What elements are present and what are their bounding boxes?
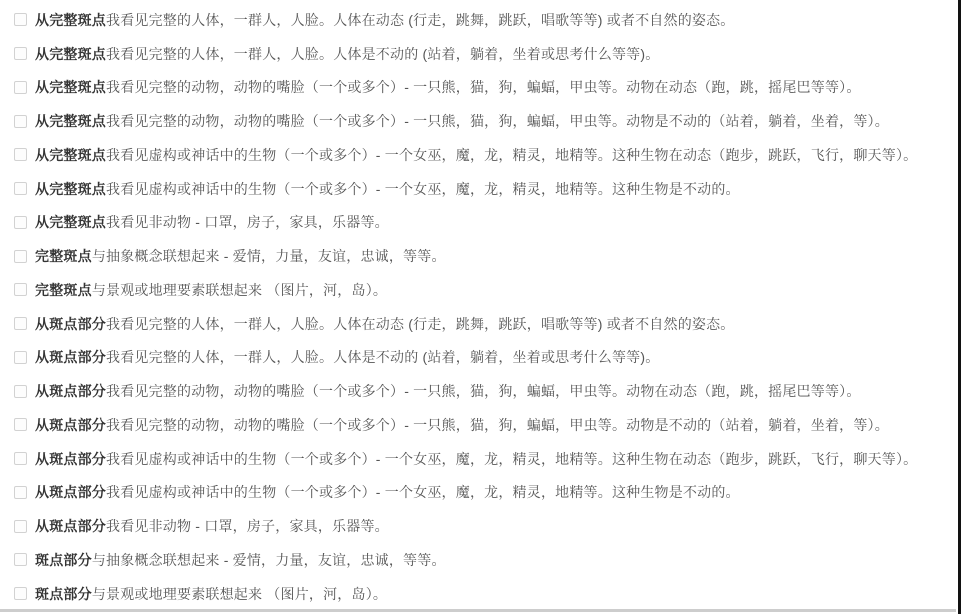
checkbox[interactable] xyxy=(14,385,27,398)
item-text: 与抽象概念联想起来 - 爱情，力量，友谊，忠诚，等等。 xyxy=(92,248,446,264)
item-prefix: 从完整斑点 xyxy=(35,12,106,28)
checkbox[interactable] xyxy=(14,452,27,465)
item-label: 从完整斑点我看见虚构或神话中的生物（一个或多个）- 一个女巫，魔，龙，精灵，地精… xyxy=(35,146,917,164)
item-text: 我看见完整的动物，动物的嘴脸（一个或多个）- 一只熊，猫，狗，蝙蝠，甲虫等。动物… xyxy=(106,113,889,129)
item-prefix: 从完整斑点 xyxy=(35,181,106,197)
checkbox[interactable] xyxy=(14,81,27,94)
item-prefix: 从斑点部分 xyxy=(35,417,106,433)
checkbox[interactable] xyxy=(14,317,27,330)
item-text: 与景观或地理要素联想起来 （图片，河，岛）。 xyxy=(92,282,387,298)
checklist-item: 斑点部分与景观或地理要素联想起来 （图片，河，岛）。 xyxy=(0,577,964,611)
checklist: 从完整斑点我看见完整的人体，一群人，人脸。人体在动态 (行走，跳舞，跳跃，唱歌等… xyxy=(0,0,964,611)
item-prefix: 从斑点部分 xyxy=(35,451,106,467)
item-label: 斑点部分与抽象概念联想起来 - 爱情，力量，友谊，忠诚，等等。 xyxy=(35,551,446,569)
window-bottom-edge-line xyxy=(0,609,956,612)
item-text: 我看见非动物 - 口罩，房子，家具，乐器等。 xyxy=(106,518,389,534)
checkbox[interactable] xyxy=(14,250,27,263)
item-label: 从斑点部分我看见虚构或神话中的生物（一个或多个）- 一个女巫，魔，龙，精灵，地精… xyxy=(35,450,917,468)
item-prefix: 斑点部分 xyxy=(35,552,92,568)
checkbox[interactable] xyxy=(14,115,27,128)
checkbox[interactable] xyxy=(14,47,27,60)
checklist-item: 从斑点部分我看见非动物 - 口罩，房子，家具，乐器等。 xyxy=(0,509,964,543)
item-prefix: 从完整斑点 xyxy=(35,147,106,163)
checklist-item: 从完整斑点我看见完整的动物，动物的嘴脸（一个或多个）- 一只熊，猫，狗，蝙蝠，甲… xyxy=(0,71,964,105)
checkbox[interactable] xyxy=(14,148,27,161)
item-prefix: 从完整斑点 xyxy=(35,113,106,129)
checklist-item: 从斑点部分我看见完整的动物，动物的嘴脸（一个或多个）- 一只熊，猫，狗，蝙蝠，甲… xyxy=(0,374,964,408)
checklist-item: 从斑点部分我看见虚构或神话中的生物（一个或多个）- 一个女巫，魔，龙，精灵，地精… xyxy=(0,476,964,510)
item-text: 与景观或地理要素联想起来 （图片，河，岛）。 xyxy=(92,586,387,602)
item-label: 从斑点部分我看见完整的动物，动物的嘴脸（一个或多个）- 一只熊，猫，狗，蝙蝠，甲… xyxy=(35,416,889,434)
checkbox[interactable] xyxy=(14,486,27,499)
checklist-item: 从斑点部分我看见虚构或神话中的生物（一个或多个）- 一个女巫，魔，龙，精灵，地精… xyxy=(0,442,964,476)
item-prefix: 从斑点部分 xyxy=(35,518,106,534)
item-text: 我看见虚构或神话中的生物（一个或多个）- 一个女巫，魔，龙，精灵，地精等。这种生… xyxy=(106,484,740,500)
checklist-item: 斑点部分与抽象概念联想起来 - 爱情，力量，友谊，忠诚，等等。 xyxy=(0,543,964,577)
item-label: 从斑点部分我看见完整的动物，动物的嘴脸（一个或多个）- 一只熊，猫，狗，蝙蝠，甲… xyxy=(35,382,861,400)
checkbox[interactable] xyxy=(14,553,27,566)
item-text: 我看见完整的人体，一群人，人脸。人体是不动的 (站着，躺着，坐着或思考什么等等)… xyxy=(106,46,659,62)
item-prefix: 从斑点部分 xyxy=(35,484,106,500)
item-text: 我看见完整的人体，一群人，人脸。人体在动态 (行走，跳舞，跳跃，唱歌等等) 或者… xyxy=(106,316,735,332)
item-label: 从完整斑点我看见虚构或神话中的生物（一个或多个）- 一个女巫，魔，龙，精灵，地精… xyxy=(35,180,740,198)
item-prefix: 完整斑点 xyxy=(35,282,92,298)
item-text: 我看见完整的人体，一群人，人脸。人体在动态 (行走，跳舞，跳跃，唱歌等等) 或者… xyxy=(106,12,735,28)
item-label: 斑点部分与景观或地理要素联想起来 （图片，河，岛）。 xyxy=(35,585,387,603)
item-text: 与抽象概念联想起来 - 爱情，力量，友谊，忠诚，等等。 xyxy=(92,552,446,568)
checkbox[interactable] xyxy=(14,418,27,431)
checklist-item: 从完整斑点我看见完整的人体，一群人，人脸。人体是不动的 (站着，躺着，坐着或思考… xyxy=(0,37,964,71)
checklist-item: 从完整斑点我看见虚构或神话中的生物（一个或多个）- 一个女巫，魔，龙，精灵，地精… xyxy=(0,172,964,206)
checklist-item: 完整斑点与抽象概念联想起来 - 爱情，力量，友谊，忠诚，等等。 xyxy=(0,239,964,273)
checklist-item: 从完整斑点我看见完整的动物，动物的嘴脸（一个或多个）- 一只熊，猫，狗，蝙蝠，甲… xyxy=(0,104,964,138)
checklist-item: 完整斑点与景观或地理要素联想起来 （图片，河，岛）。 xyxy=(0,273,964,307)
checklist-item: 从斑点部分我看见完整的人体，一群人，人脸。人体在动态 (行走，跳舞，跳跃，唱歌等… xyxy=(0,307,964,341)
item-prefix: 从完整斑点 xyxy=(35,214,106,230)
checkbox[interactable] xyxy=(14,520,27,533)
item-label: 从完整斑点我看见完整的人体，一群人，人脸。人体是不动的 (站着，躺着，坐着或思考… xyxy=(35,45,659,63)
item-text: 我看见完整的人体，一群人，人脸。人体是不动的 (站着，躺着，坐着或思考什么等等)… xyxy=(106,349,659,365)
item-prefix: 从斑点部分 xyxy=(35,383,106,399)
checklist-item: 从完整斑点我看见完整的人体，一群人，人脸。人体在动态 (行走，跳舞，跳跃，唱歌等… xyxy=(0,3,964,37)
checklist-item: 从斑点部分我看见完整的动物，动物的嘴脸（一个或多个）- 一只熊，猫，狗，蝙蝠，甲… xyxy=(0,408,964,442)
item-prefix: 从完整斑点 xyxy=(35,79,106,95)
item-prefix: 从斑点部分 xyxy=(35,316,106,332)
item-text: 我看见完整的动物，动物的嘴脸（一个或多个）- 一只熊，猫，狗，蝙蝠，甲虫等。动物… xyxy=(106,383,861,399)
window-right-edge-line xyxy=(958,0,961,614)
checkbox[interactable] xyxy=(14,351,27,364)
checkbox[interactable] xyxy=(14,13,27,26)
checkbox[interactable] xyxy=(14,216,27,229)
item-prefix: 从斑点部分 xyxy=(35,349,106,365)
item-label: 从斑点部分我看见完整的人体，一群人，人脸。人体在动态 (行走，跳舞，跳跃，唱歌等… xyxy=(35,315,735,333)
item-text: 我看见完整的动物，动物的嘴脸（一个或多个）- 一只熊，猫，狗，蝙蝠，甲虫等。动物… xyxy=(106,79,861,95)
checklist-item: 从完整斑点我看见虚构或神话中的生物（一个或多个）- 一个女巫，魔，龙，精灵，地精… xyxy=(0,138,964,172)
item-prefix: 从完整斑点 xyxy=(35,46,106,62)
item-label: 从斑点部分我看见虚构或神话中的生物（一个或多个）- 一个女巫，魔，龙，精灵，地精… xyxy=(35,483,740,501)
checkbox[interactable] xyxy=(14,587,27,600)
item-label: 从完整斑点我看见完整的人体，一群人，人脸。人体在动态 (行走，跳舞，跳跃，唱歌等… xyxy=(35,11,735,29)
item-label: 从斑点部分我看见非动物 - 口罩，房子，家具，乐器等。 xyxy=(35,517,389,535)
item-label: 从完整斑点我看见非动物 - 口罩，房子，家具，乐器等。 xyxy=(35,213,389,231)
item-label: 从斑点部分我看见完整的人体，一群人，人脸。人体是不动的 (站着，躺着，坐着或思考… xyxy=(35,348,659,366)
item-text: 我看见完整的动物，动物的嘴脸（一个或多个）- 一只熊，猫，狗，蝙蝠，甲虫等。动物… xyxy=(106,417,889,433)
item-text: 我看见虚构或神话中的生物（一个或多个）- 一个女巫，魔，龙，精灵，地精等。这种生… xyxy=(106,181,740,197)
checkbox[interactable] xyxy=(14,182,27,195)
item-label: 从完整斑点我看见完整的动物，动物的嘴脸（一个或多个）- 一只熊，猫，狗，蝙蝠，甲… xyxy=(35,78,861,96)
item-prefix: 完整斑点 xyxy=(35,248,92,264)
checklist-item: 从斑点部分我看见完整的人体，一群人，人脸。人体是不动的 (站着，躺着，坐着或思考… xyxy=(0,341,964,375)
item-label: 完整斑点与景观或地理要素联想起来 （图片，河，岛）。 xyxy=(35,281,387,299)
checkbox[interactable] xyxy=(14,283,27,296)
item-label: 从完整斑点我看见完整的动物，动物的嘴脸（一个或多个）- 一只熊，猫，狗，蝙蝠，甲… xyxy=(35,112,889,130)
item-text: 我看见非动物 - 口罩，房子，家具，乐器等。 xyxy=(106,214,389,230)
checklist-item: 从完整斑点我看见非动物 - 口罩，房子，家具，乐器等。 xyxy=(0,206,964,240)
item-text: 我看见虚构或神话中的生物（一个或多个）- 一个女巫，魔，龙，精灵，地精等。这种生… xyxy=(106,451,917,467)
item-label: 完整斑点与抽象概念联想起来 - 爱情，力量，友谊，忠诚，等等。 xyxy=(35,247,446,265)
item-text: 我看见虚构或神话中的生物（一个或多个）- 一个女巫，魔，龙，精灵，地精等。这种生… xyxy=(106,147,917,163)
item-prefix: 斑点部分 xyxy=(35,586,92,602)
